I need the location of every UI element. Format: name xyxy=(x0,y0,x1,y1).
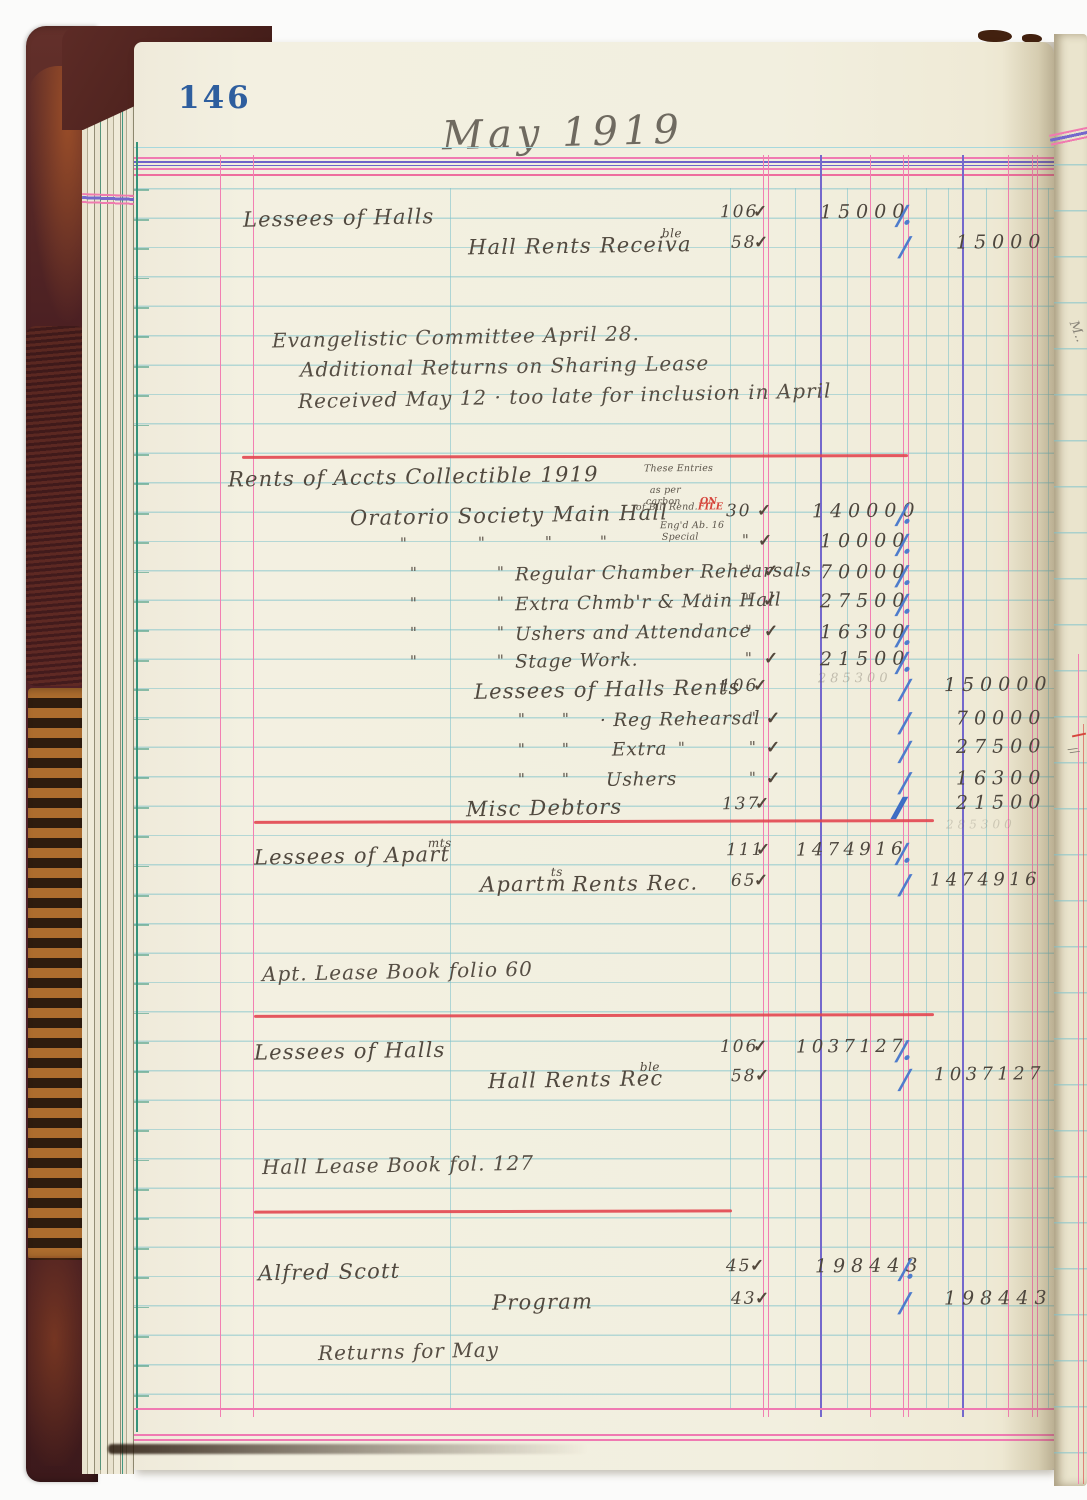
amount: 27500 xyxy=(956,735,1047,758)
ditto-mark: " xyxy=(749,738,756,756)
page-bottom-shadow xyxy=(108,1444,588,1454)
ditto-mark: " xyxy=(745,622,752,640)
header-band-line xyxy=(134,165,1054,167)
ditto-mark: " xyxy=(742,531,749,549)
posting-mark: / xyxy=(896,232,910,263)
ledger-entry-text: Alfred Scott xyxy=(258,1259,401,1286)
pencil-annotation: Eng'd Ab. 16 xyxy=(660,520,724,531)
ditto-mark: " xyxy=(518,740,525,758)
amount: 1037127 xyxy=(796,1036,907,1058)
ledger-entry-text: Stage Work. xyxy=(515,650,639,673)
ledger-entry-text: Lessees of Halls Rents xyxy=(474,675,741,704)
ditto-mark: " xyxy=(410,564,417,582)
checkmark: ✓ xyxy=(750,1256,764,1276)
checkmark: ✓ xyxy=(764,622,778,642)
header-band-line xyxy=(134,174,1054,176)
margin-tick xyxy=(134,954,149,956)
ditto-mark: " xyxy=(497,651,504,669)
ditto-mark: " xyxy=(562,740,569,758)
ditto-mark: " xyxy=(545,533,552,551)
posting-mark: / xyxy=(896,1288,910,1319)
footer-rule xyxy=(134,1439,1054,1441)
header-band-line xyxy=(134,168,1054,170)
checkmark: ✓ xyxy=(755,794,769,814)
folio-number: 65 xyxy=(731,871,757,891)
checkmark: ✓ xyxy=(755,1289,769,1309)
amount: 150000 xyxy=(944,673,1053,696)
checkmark: ✓ xyxy=(766,709,780,729)
facing-page-band xyxy=(1049,125,1087,148)
pencil-annotation: of Bill Rend. xyxy=(636,502,698,514)
ledger-note-text: Hall Lease Book fol. 127 xyxy=(262,1151,534,1180)
amount: 1474916 xyxy=(796,839,907,861)
ledger-entry-text: Lessees of Apart xyxy=(254,842,451,870)
footer-rule xyxy=(134,1434,1054,1436)
ledger-entry-text: Extra Chmb'r & Main Hall xyxy=(515,590,782,616)
header-band-line xyxy=(134,161,1054,163)
ditto-mark: " xyxy=(478,534,485,552)
page-number: 146 xyxy=(178,80,252,116)
checkmark: ✓ xyxy=(753,1037,767,1057)
ditto-mark: " xyxy=(410,624,417,642)
ditto-mark: " xyxy=(749,709,756,727)
leather-crumb xyxy=(978,30,1012,42)
ditto-mark: " xyxy=(749,769,756,787)
footer-rule xyxy=(134,1408,1054,1410)
posting-mark: / xyxy=(896,736,910,767)
checkmark: ✓ xyxy=(755,1066,769,1086)
margin-tick xyxy=(134,189,149,191)
checkmark: ✓ xyxy=(766,738,780,758)
amount: 70000 xyxy=(956,707,1047,730)
ditto-mark: " xyxy=(518,710,525,728)
ditto-mark: " xyxy=(497,593,504,611)
superscript-text: ts xyxy=(551,865,563,879)
margin-tick xyxy=(134,454,149,456)
on-file-stamp: FILE xyxy=(698,501,723,512)
pencil-annotation: as per xyxy=(650,485,681,496)
folio-number: 58 xyxy=(731,233,757,253)
ledger-entry-text: Hall Rents Rec xyxy=(488,1066,664,1093)
ledger-entry-text: Misc Debtors xyxy=(466,795,623,822)
ledger-entry-text: Extra xyxy=(612,739,668,761)
checkmark: ✓ xyxy=(766,769,780,789)
checkmark: ✓ xyxy=(753,202,767,222)
ditto-mark: " xyxy=(600,532,607,550)
ditto-mark: " xyxy=(745,591,752,609)
posting-mark: / xyxy=(896,870,910,901)
margin-tick xyxy=(134,1248,149,1250)
margin-tick xyxy=(134,307,149,309)
ditto-mark: " xyxy=(678,739,685,757)
superscript-text: mts xyxy=(428,836,452,850)
ditto-mark: " xyxy=(497,563,504,581)
ditto-mark: " xyxy=(518,770,525,788)
margin-tick xyxy=(134,1395,149,1397)
folio-number: 43 xyxy=(731,1289,757,1309)
margin-tick xyxy=(134,1013,149,1015)
amount: 1474916 xyxy=(930,869,1041,891)
checkmark: ✓ xyxy=(756,840,770,860)
amount: 21500 xyxy=(956,791,1047,814)
margin-tick xyxy=(134,425,149,427)
checkmark: ✓ xyxy=(754,871,768,891)
folio-number: 30 xyxy=(726,501,752,521)
ditto-mark: " xyxy=(410,652,417,670)
header-band-line xyxy=(134,157,1054,159)
folio-number: 45 xyxy=(726,1256,752,1276)
ditto-mark: " xyxy=(410,594,417,612)
ledger-entry-text: Ushers xyxy=(606,769,677,791)
amount: 198443 xyxy=(944,1287,1053,1310)
ledger-entry-text: Program xyxy=(492,1289,593,1314)
checkmark: ✓ xyxy=(763,591,777,611)
ledger-entry-text: · Reg Rehearsal xyxy=(600,708,761,731)
amount: 1037127 xyxy=(934,1063,1045,1085)
checkmark: ✓ xyxy=(758,531,772,551)
checkmark: ✓ xyxy=(764,562,778,582)
checkmark: ✓ xyxy=(753,676,767,696)
margin-tick xyxy=(134,1130,149,1132)
amount: 16300 xyxy=(956,767,1047,790)
page-title: May 1919 xyxy=(441,107,684,160)
ledger-entry-text: Rents Rec. xyxy=(572,871,699,897)
margin-tick xyxy=(134,1189,149,1191)
checkmark: ✓ xyxy=(754,233,768,253)
margin-tick xyxy=(134,1218,149,1220)
ditto-mark: " xyxy=(562,710,569,728)
ledger-photo: 146 May 1919 // M.. Lessees xyxy=(0,0,1087,1500)
checkmark: ✓ xyxy=(764,649,778,669)
page-stack-header-band xyxy=(82,193,134,207)
checkmark: ✓ xyxy=(757,501,771,521)
ledger-entry-text: Ushers and Attendance xyxy=(515,621,752,646)
ledger-entry-text: Lessees of Halls xyxy=(243,204,435,232)
folio-number: 58 xyxy=(731,1066,757,1086)
margin-tick xyxy=(134,1336,149,1338)
pencil-total: 285300 xyxy=(946,817,1016,831)
posting-mark: / xyxy=(896,674,910,705)
ledger-note-text: Additional Returns on Sharing Lease xyxy=(300,351,710,382)
ledger-note-text: Apt. Lease Book folio 60 xyxy=(262,957,533,986)
ditto-mark: " xyxy=(705,591,712,609)
posting-mark: / xyxy=(896,708,910,739)
ditto-mark: " xyxy=(400,534,407,552)
pencil-annotation: Special xyxy=(662,532,699,543)
posting-mark: / xyxy=(896,1064,910,1095)
ditto-mark: " xyxy=(745,562,752,580)
ledger-note-text: Returns for May xyxy=(318,1337,499,1365)
superscript-text: ble xyxy=(640,1060,660,1074)
header-rule-cyan xyxy=(134,147,1054,148)
ledger-note-text: Evangelistic Committee April 28. xyxy=(272,321,640,352)
ditto-mark: " xyxy=(562,770,569,788)
amount: 15000 xyxy=(956,231,1047,254)
ledger-entry-text: Hall Rents Receiva xyxy=(468,232,692,259)
superscript-text: ble xyxy=(662,226,682,240)
ditto-mark: " xyxy=(745,649,752,667)
pencil-annotation: These Entries xyxy=(644,463,713,474)
ditto-mark: " xyxy=(497,623,504,641)
margin-tick xyxy=(134,924,149,926)
ledger-entry-text: Lessees of Halls xyxy=(254,1038,446,1065)
margin-tick xyxy=(134,278,149,280)
